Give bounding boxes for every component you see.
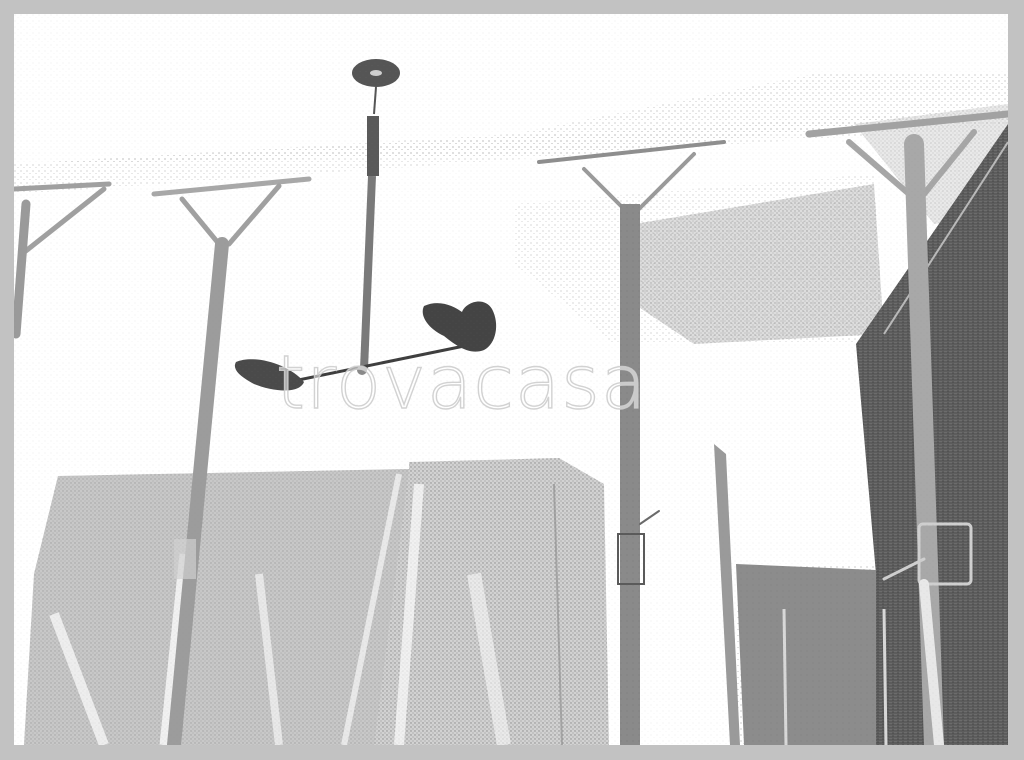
interior-photo bbox=[14, 14, 1008, 745]
photo-frame: trovacasa bbox=[14, 14, 1008, 745]
